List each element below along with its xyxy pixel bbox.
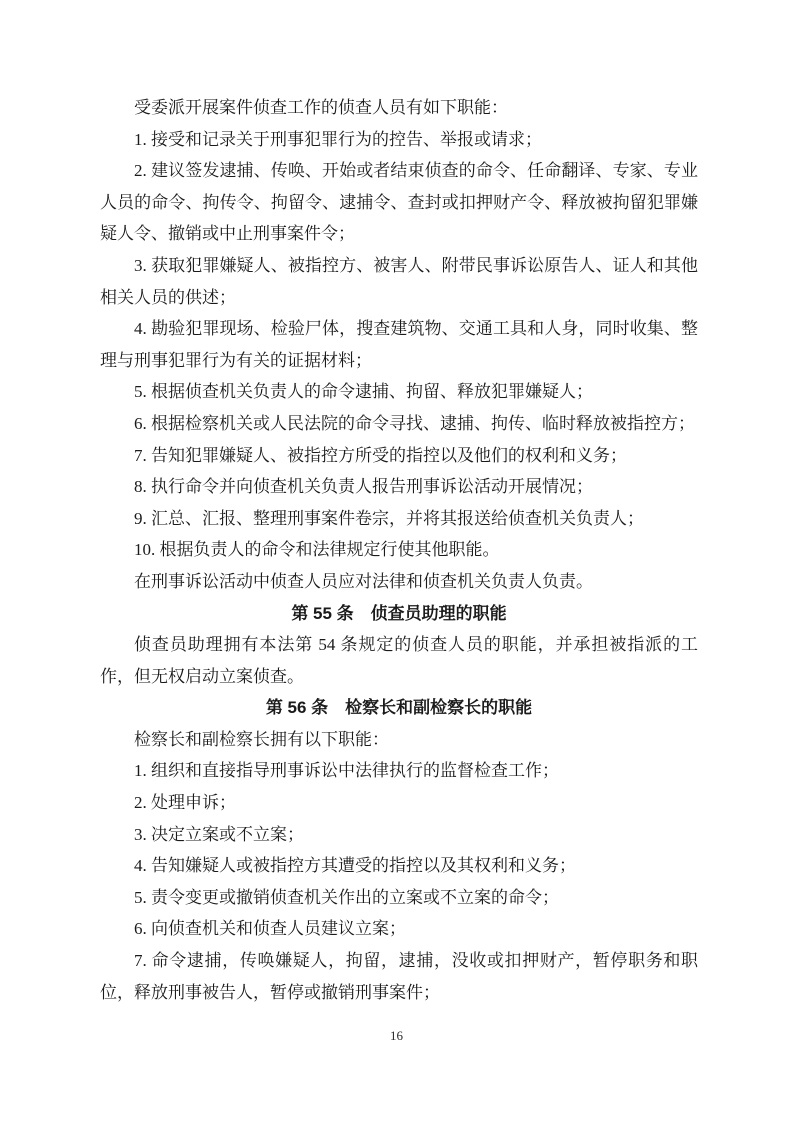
paragraph: 4. 勘验犯罪现场、检验尸体，搜查建筑物、交通工具和人身，同时收集、整理与刑事犯… (100, 313, 698, 376)
paragraph: 7. 告知犯罪嫌疑人、被指控方所受的指控以及他们的权利和义务； (100, 440, 698, 472)
paragraph: 1. 接受和记录关于刑事犯罪行为的控告、举报或请求； (100, 124, 698, 156)
paragraph: 4. 告知嫌疑人或被指控方其遭受的指控以及其权利和义务； (100, 850, 698, 882)
paragraph: 2. 处理申诉； (100, 787, 698, 819)
section-heading: 第 55 条 侦查员助理的职能 (100, 598, 698, 630)
paragraph: 3. 获取犯罪嫌疑人、被指控方、被害人、附带民事诉讼原告人、证人和其他相关人员的… (100, 250, 698, 313)
paragraph: 10. 根据负责人的命令和法律规定行使其他职能。 (100, 534, 698, 566)
page-number: 16 (0, 1028, 793, 1044)
paragraph: 2. 建议签发逮捕、传唤、开始或者结束侦查的命令、任命翻译、专家、专业人员的命令… (100, 155, 698, 250)
paragraph: 检察长和副检察长拥有以下职能： (100, 724, 698, 756)
paragraph: 受委派开展案件侦查工作的侦查人员有如下职能： (100, 92, 698, 124)
paragraph: 5. 根据侦查机关负责人的命令逮捕、拘留、释放犯罪嫌疑人； (100, 376, 698, 408)
document-body: 受委派开展案件侦查工作的侦查人员有如下职能：1. 接受和记录关于刑事犯罪行为的控… (100, 92, 698, 1008)
paragraph: 1. 组织和直接指导刑事诉讼中法律执行的监督检查工作； (100, 755, 698, 787)
paragraph: 侦查员助理拥有本法第 54 条规定的侦查人员的职能，并承担被指派的工作，但无权启… (100, 629, 698, 692)
paragraph: 8. 执行命令并向侦查机关负责人报告刑事诉讼活动开展情况； (100, 471, 698, 503)
document-page: 受委派开展案件侦查工作的侦查人员有如下职能：1. 接受和记录关于刑事犯罪行为的控… (0, 0, 793, 1122)
paragraph: 6. 向侦查机关和侦查人员建议立案； (100, 913, 698, 945)
paragraph: 在刑事诉讼活动中侦查人员应对法律和侦查机关负责人负责。 (100, 566, 698, 598)
paragraph: 5. 责令变更或撤销侦查机关作出的立案或不立案的命令； (100, 882, 698, 914)
paragraph: 3. 决定立案或不立案； (100, 819, 698, 851)
paragraph: 7. 命令逮捕，传唤嫌疑人，拘留，逮捕，没收或扣押财产，暂停职务和职位，释放刑事… (100, 945, 698, 1008)
paragraph: 6. 根据检察机关或人民法院的命令寻找、逮捕、拘传、临时释放被指控方； (100, 408, 698, 440)
section-heading: 第 56 条 检察长和副检察长的职能 (100, 692, 698, 724)
paragraph: 9. 汇总、汇报、整理刑事案件卷宗，并将其报送给侦查机关负责人； (100, 503, 698, 535)
